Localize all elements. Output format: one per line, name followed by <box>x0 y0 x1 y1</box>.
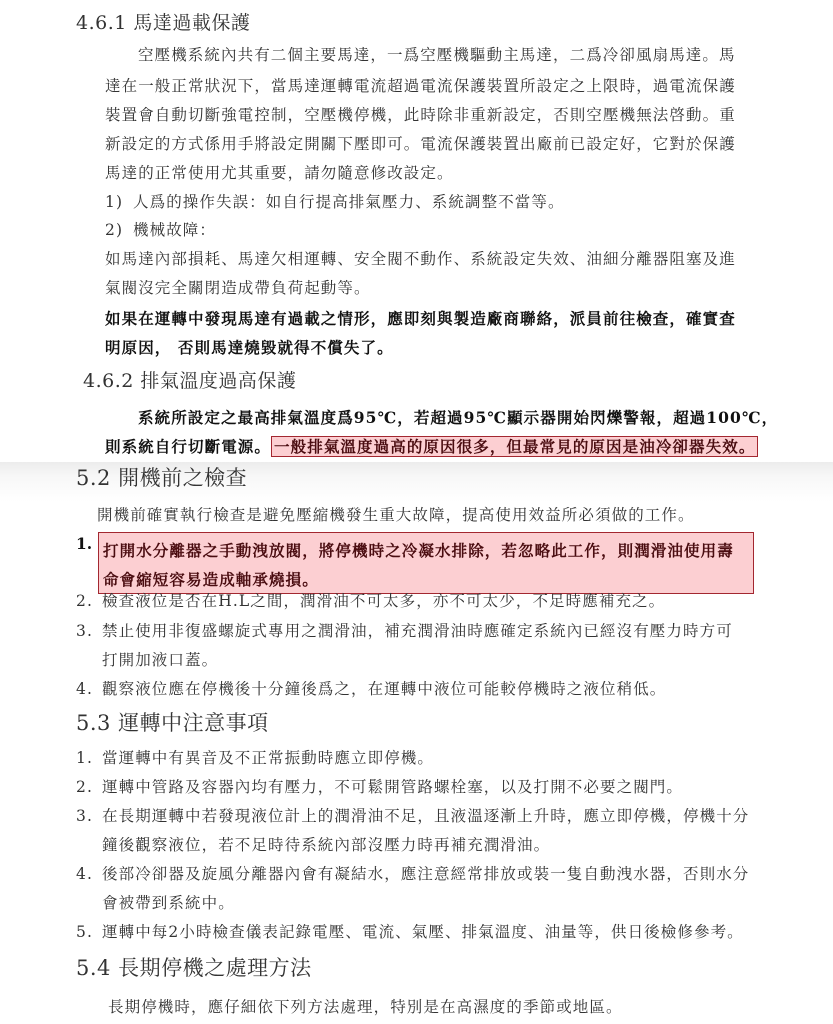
highlight-separator-drain-warning: 打開水分離器之手動洩放閥，將停機時之冷凝水排除，若忽略此工作，則潤滑油使用壽 命… <box>98 532 754 594</box>
list-text: 在長期運轉中若發現液位計上的潤滑油不足，且液溫逐漸上升時，應立即停機，停機十分 <box>102 807 749 825</box>
list-number: 2. <box>76 587 102 616</box>
list-text-continued: 打開加液口蓋。 <box>102 646 218 675</box>
checklist-item-4: 4.觀察液位應在停機後十分鐘後爲之，在運轉中液位可能較停機時之液位稍低。 <box>76 675 666 704</box>
section-heading-5-4: 5.4 長期停機之處理方法 <box>76 952 312 982</box>
checklist-item-2: 2.檢查液位是否在H.L之間，潤滑油不可太多，亦不可太少，不足時應補充之。 <box>76 587 665 616</box>
list-text: 機械故障： <box>133 221 216 239</box>
document-page-bottom: 5.2 開機前之檢查 開機前確實執行檢查是避免壓縮機發生重大故障，提高使用效益所… <box>0 462 833 1024</box>
operation-item-3: 3.在長期運轉中若發現液位計上的潤滑油不足，且液溫逐漸上升時，應立即停機，停機十… <box>76 802 749 831</box>
operation-item-4: 4.後部冷卻器及旋風分離器內會有凝結水，應注意經常排放或裝一隻自動洩水器，否則水… <box>76 860 749 889</box>
section-heading-5-3: 5.3 運轉中注意事項 <box>76 707 269 737</box>
list-text: 人爲的操作失誤：如自行提高排氣壓力、系統調整不當等。 <box>133 193 565 211</box>
paragraph-line: 馬達的正常使用尤其重要，請勿隨意修改設定。 <box>105 159 454 188</box>
list-number: 2) <box>105 216 133 245</box>
power-cut-text: 則系統自行切斷電源。 <box>105 437 271 456</box>
exhaust-temp-line-2: 則系統自行切斷電源。一般排氣溫度過高的原因很多，但最常見的原因是油冷卻器失效。 <box>105 432 758 462</box>
exhaust-temp-line-1: 系統所設定之最高排氣溫度爲95℃，若超過95℃顯示器開始閃爍警報，超過100℃， <box>138 403 778 432</box>
list-text-continued: 會被帶到系統中。 <box>102 889 235 918</box>
paragraph-line: 達在一般正常狀況下，當馬達運轉電流超過電流保護裝置所設定之上限時，過電流保護 <box>105 72 736 101</box>
detail-line: 如馬達內部損耗、馬達欠相運轉、安全閥不動作、系統設定失效、油細分離器阻塞及進 <box>105 245 736 274</box>
list-number: 1) <box>105 188 133 217</box>
operation-item-2: 2.運轉中管路及容器內均有壓力，不可鬆開管路螺栓塞，以及打開不必要之閥門。 <box>76 773 683 802</box>
list-number: 5. <box>76 918 102 947</box>
list-text: 當運轉中有異音及不正常振動時應立即停機。 <box>102 749 434 767</box>
operation-item-5: 5.運轉中每2小時檢查儀表記錄電壓、電流、氣壓、排氣溫度、油量等，供日後檢修參考… <box>76 918 744 947</box>
list-number: 3. <box>76 802 102 831</box>
section-heading-4-6-2: 4.6.2 排氣溫度過高保護 <box>83 366 296 393</box>
list-text-continued: 鐘後觀察液位，若不足時待系統內部沒壓力時再補充潤滑油。 <box>102 831 550 860</box>
highlight-line: 打開水分離器之手動洩放閥，將停機時之冷凝水排除，若忽略此工作，則潤滑油使用壽 <box>103 536 747 565</box>
list-text: 禁止使用非復盛螺旋式專用之潤滑油，補充潤滑油時應確定系統內已經沒有壓力時方可 <box>102 622 733 640</box>
list-number: 2. <box>76 773 102 802</box>
paragraph-line: 空壓機系統內共有二個主要馬達，一爲空壓機驅動主馬達，二爲冷卻風扇馬達。馬 <box>138 41 736 70</box>
operation-item-1: 1.當運轉中有異音及不正常振動時應立即停機。 <box>76 744 434 773</box>
checklist-item-3: 3.禁止使用非復盛螺旋式專用之潤滑油，補充潤滑油時應確定系統內已經沒有壓力時方可 <box>76 617 733 646</box>
section-intro: 長期停機時，應仔細依下列方法處理，特別是在高濕度的季節或地區。 <box>108 993 623 1022</box>
list-number: 1. <box>76 534 92 553</box>
list-number: 4. <box>76 860 102 889</box>
paragraph-line: 裝置會自動切斷強電控制，空壓機停機，此時除非重新設定，否則空壓機無法啓動。重 <box>105 101 736 130</box>
warning-line: 如果在運轉中發現馬達有過載之情形，應即刻與製造廠商聯絡，派員前往檢查，確實查 <box>105 304 736 333</box>
list-number: 4. <box>76 675 102 704</box>
list-text: 觀察液位應在停機後十分鐘後爲之，在運轉中液位可能較停機時之液位稍低。 <box>102 680 666 698</box>
list-item-cause-1: 1)人爲的操作失誤：如自行提高排氣壓力、系統調整不當等。 <box>105 188 565 217</box>
highlight-oil-cooler-failure: 一般排氣溫度過高的原因很多，但最常見的原因是油冷卻器失效。 <box>271 436 758 457</box>
section-heading-4-6-1: 4.6.1 馬達過載保護 <box>76 8 250 35</box>
list-number: 1. <box>76 744 102 773</box>
document-page-top: 4.6.1 馬達過載保護 空壓機系統內共有二個主要馬達，一爲空壓機驅動主馬達，二… <box>0 0 833 462</box>
list-item-cause-2: 2)機械故障： <box>105 216 216 245</box>
list-text: 運轉中每2小時檢查儀表記錄電壓、電流、氣壓、排氣溫度、油量等，供日後檢修參考。 <box>102 923 744 941</box>
list-text: 運轉中管路及容器內均有壓力，不可鬆開管路螺栓塞，以及打開不必要之閥門。 <box>102 778 683 796</box>
list-number: 3. <box>76 617 102 646</box>
paragraph-line: 新設定的方式係用手將設定開關下壓即可。電流保護裝置出廠前已設定好，它對於保護 <box>105 130 736 159</box>
section-intro: 開機前確實執行檢查是避免壓縮機發生重大故障，提高使用效益所必須做的工作。 <box>97 501 695 530</box>
list-text: 後部冷卻器及旋風分離器內會有凝結水，應注意經常排放或裝一隻自動洩水器，否則水分 <box>102 865 749 883</box>
list-text: 檢查液位是否在H.L之間，潤滑油不可太多，亦不可太少，不足時應補充之。 <box>102 592 665 610</box>
detail-line: 氣閥沒完全關閉造成帶負荷起動等。 <box>105 274 371 303</box>
warning-line: 明原因， 否則馬達燒毀就得不償失了。 <box>105 333 394 362</box>
section-heading-5-2: 5.2 開機前之檢查 <box>76 462 247 492</box>
